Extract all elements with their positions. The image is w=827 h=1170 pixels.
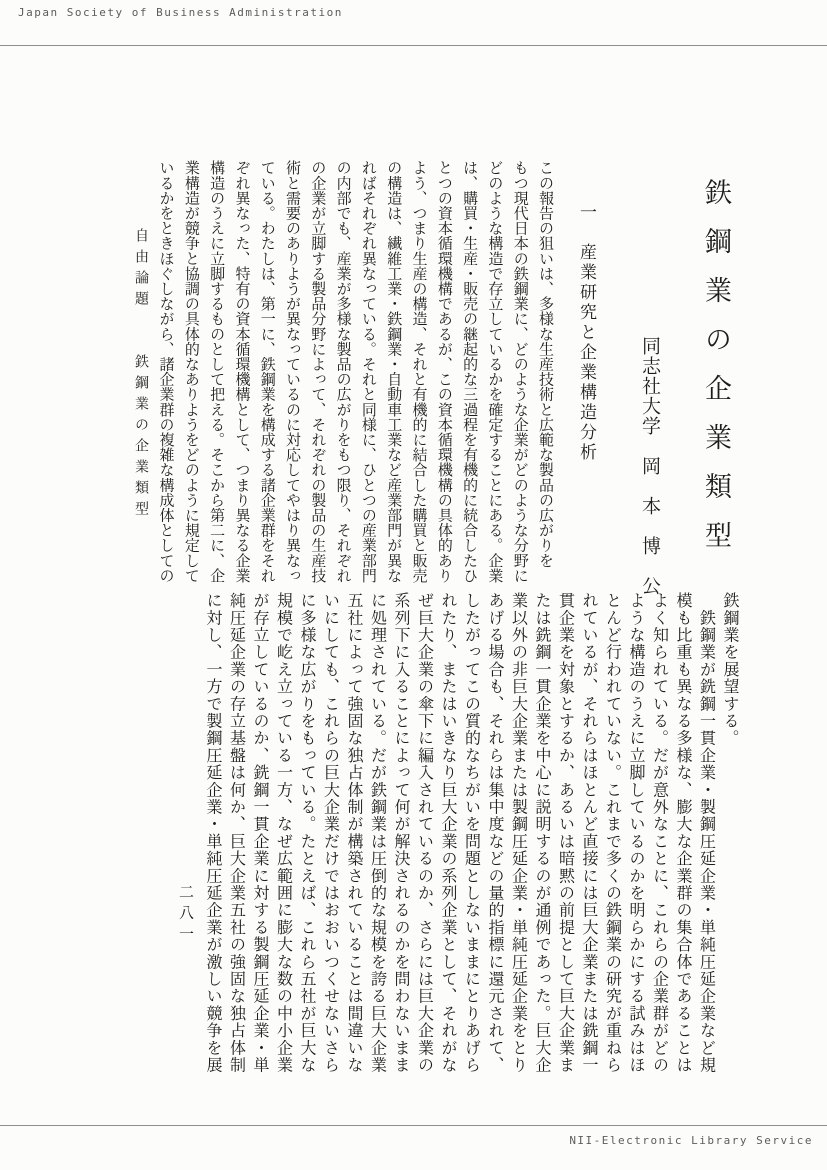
text-column: よう、つまり生産の構造、それと有機的に結合した購買と販売 (406, 160, 431, 582)
bottom-frame-rule (0, 1125, 827, 1126)
text-column: は、購買・生産・販売の継起的な三過程を有機的に統合したひ (457, 160, 482, 582)
body-text-bottom-block: 鉄鋼業を展望する。 鉄鋼業が銑鋼一貫企業・製鋼圧延企業・単純圧延企業など規 模も… (202, 592, 743, 1076)
text-column: 五社によって強固な独占体制が構築されていることは間違いな (343, 592, 367, 1076)
text-column: に対し、一方で製鋼圧延企業・単純圧延企業が激しい競争を展 (202, 592, 226, 1076)
text-column: いるかをときほぐしながら、諸企業群の複雑な構成体としての (153, 160, 178, 582)
text-column: よく知られている。だが意外なことに、これらの企業群がどの (648, 592, 672, 1076)
text-column: 構造のうえに立脚するものとして把える。そこから第二に、企 (204, 160, 229, 582)
text-column: の企業が立脚する製品分野によって、それぞれの製品の生産技 (305, 160, 330, 582)
text-column: れているが、それらはほとんど直接には巨大企業または銑鋼一 (578, 592, 602, 1076)
library-footer-stamp: NII-Electronic Library Service (569, 1134, 813, 1147)
text-column: が存立しているのか、銑鋼一貫企業に対する製鋼圧延企業・単 (249, 592, 273, 1076)
text-column: 貫企業を対象とするか、あるいは暗黙の前提として巨大企業ま (554, 592, 578, 1076)
text-column: たは銑鋼一貫企業を中心に説明するのが通例であった。巨大企 (531, 592, 555, 1076)
paper-title: 鉄鋼業の企業類型 (696, 178, 735, 570)
text-column: 業構造が競争と協調の具体的なありようをどのように規定して (179, 160, 204, 582)
library-header-stamp: Japan Society of Business Administration (18, 6, 343, 19)
text-column: ぜ巨大企業の傘下に編入されているのか、さらには巨大企業の (413, 592, 437, 1076)
text-column: したがってこの質的なちがいを問題としないままにとりあげら (460, 592, 484, 1076)
text-column: 系列下に入ることによって何が解決されるのかを問わないまま (390, 592, 414, 1076)
body-text-top-block: この報告の狙いは、多様な生産技術と広範な製品の広がりを もつ現代日本の鉄鋼業に、… (153, 160, 558, 582)
text-column: もつ現代日本の鉄鋼業に、どのような企業がどのような分野に (507, 160, 532, 582)
text-column: とつの資本循環機構であるが、この資本循環機構の具体的あり (432, 160, 457, 582)
text-column: 業以外の非巨大企業または製鋼圧延企業・単純圧延企業をとり (507, 592, 531, 1076)
text-column: 規模で屹え立っている一方、なぜ広範囲に膨大な数の中小企業 (272, 592, 296, 1076)
text-column: ような構造のうえに立脚しているのかを明らかにする試みはほ (625, 592, 649, 1076)
text-column: とんど行われていない。これまで多くの鉄鋼業の研究が重ねら (601, 592, 625, 1076)
text-column: に多様な広がりをもっている。たとえば、これら五社が巨大な (296, 592, 320, 1076)
text-column: ている。わたしは、第一に、鉄鋼業を構成する諸企業群をそれ (254, 160, 279, 582)
text-column: あげる場合も、それらは集中度などの量的指標に還元されて、 (484, 592, 508, 1076)
text-column: 模も比重も異なる多様な、膨大な企業群の集合体であることは (672, 592, 696, 1076)
text-column: の内部でも、産業が多様な製品の広がりをもつ限り、それぞれ (330, 160, 355, 582)
text-column: 純圧延企業の存立基盤は何か、巨大企業五社の強固な独占体制 (225, 592, 249, 1076)
text-column: れたり、またはいきなり巨大企業の系列企業として、それがな (437, 592, 461, 1076)
text-column: 鉄鋼業が銑鋼一貫企業・製鋼圧延企業・単純圧延企業など規 (695, 592, 719, 1076)
running-margin-label: 自由論題 鉄鋼業の企業類型 (131, 228, 151, 522)
affiliation-author: 同志社大学 岡 本 博 公 (637, 336, 664, 596)
top-frame-rule (0, 45, 827, 46)
text-column: いにしても、これらの巨大企業だけではおおいつくせないさら (319, 592, 343, 1076)
text-column: どのような構造で存立しているかを確定することにある。企業 (482, 160, 507, 582)
text-column: 術と需要のありようが異なっているのに対応してやはり異なっ (280, 160, 305, 582)
section-heading: 一 産業研究と企業構造分析 (574, 203, 599, 463)
text-column: の構造は、繊維工業・鉄鋼業・自動車工業など産業部門が異な (381, 160, 406, 582)
text-column: ぞれ異なった、特有の資本循環機構として、つまり異なる企業 (229, 160, 254, 582)
text-column: ればそれぞれ異なっている。それと同様に、ひとつの産業部門 (356, 160, 381, 582)
text-column: に処理されている。だが鉄鋼業は圧倒的な規模を誇る巨大企業 (366, 592, 390, 1076)
text-column: 鉄鋼業を展望する。 (719, 592, 743, 1076)
text-column: この報告の狙いは、多様な生産技術と広範な製品の広がりを (533, 160, 558, 582)
page-number: 二八一 (176, 884, 197, 947)
scanned-paper-page: Japan Society of Business Administration… (0, 0, 827, 1170)
